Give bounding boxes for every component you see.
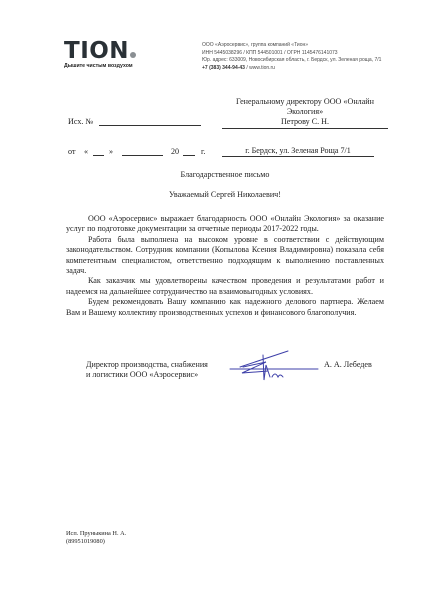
logo-text: TION — [64, 38, 129, 64]
date-month-blank — [122, 155, 163, 156]
date-year-blank — [183, 155, 195, 156]
company-website: / www.tion.ru — [246, 65, 275, 71]
company-phone: +7 (383) 344-94-43 — [202, 65, 245, 71]
addressee-line1: Генеральному директору ООО «Онлайн — [226, 97, 384, 107]
executor-phone: (89951019080) — [66, 538, 126, 546]
date-year-prefix: 20 — [171, 147, 179, 157]
addressee-line2: Экология» — [226, 107, 384, 117]
addressee-line3: Петрову С. Н. — [222, 117, 388, 128]
company-line: ООО «Аэросервис», группа компаний «Тион» — [202, 42, 381, 50]
outgoing-number-label: Исх. № — [68, 117, 93, 127]
letter-title: Благодарственное письмо — [66, 170, 384, 179]
addressee-block: Генеральному директору ООО «Онлайн Эколо… — [226, 97, 384, 129]
paragraph: Будем рекомендовать Вашу компанию как на… — [66, 297, 384, 318]
paragraph: Работа была выполнена на высоком уровне … — [66, 235, 384, 277]
signatory-name: А. А. Лебедев — [324, 360, 372, 370]
date-quote-close: » — [109, 147, 113, 157]
place: г. Бердск, ул. Зеленая Роща 7/1 — [222, 146, 374, 157]
company-logo: TION Дышите чистым воздухом — [64, 40, 136, 69]
date-day-blank — [93, 155, 104, 156]
executor-block: Исп. Пруныкина Н. А. (89951019080) — [66, 530, 126, 546]
logo-dot-icon — [130, 52, 136, 58]
paragraph: Как заказчик мы удовлетворены качеством … — [66, 276, 384, 297]
executor-name: Исп. Пруныкина Н. А. — [66, 530, 126, 538]
letter-body: ООО «Аэросервис» выражает благодарность … — [66, 214, 384, 318]
logo-tagline: Дышите чистым воздухом — [64, 63, 136, 69]
date-year-suffix: г. — [201, 147, 205, 157]
paragraph: ООО «Аэросервис» выражает благодарность … — [66, 214, 384, 235]
letterhead-details: ООО «Аэросервис», группа компаний «Тион»… — [202, 42, 381, 72]
letter-greeting: Уважаемый Сергей Николаевич! — [66, 190, 384, 199]
company-address: Юр. адрес: 633009, Новосибирская область… — [202, 57, 381, 65]
signature-icon — [228, 347, 323, 383]
date-quote-open: « — [84, 147, 88, 157]
date-from-label: от — [68, 147, 75, 157]
company-ids: ИНН 5445038296 / КПП 544501001 / ОГРН 11… — [202, 50, 381, 58]
signatory-position: Директор производства, снабжения и логис… — [86, 360, 208, 381]
outgoing-number-blank — [99, 125, 201, 126]
